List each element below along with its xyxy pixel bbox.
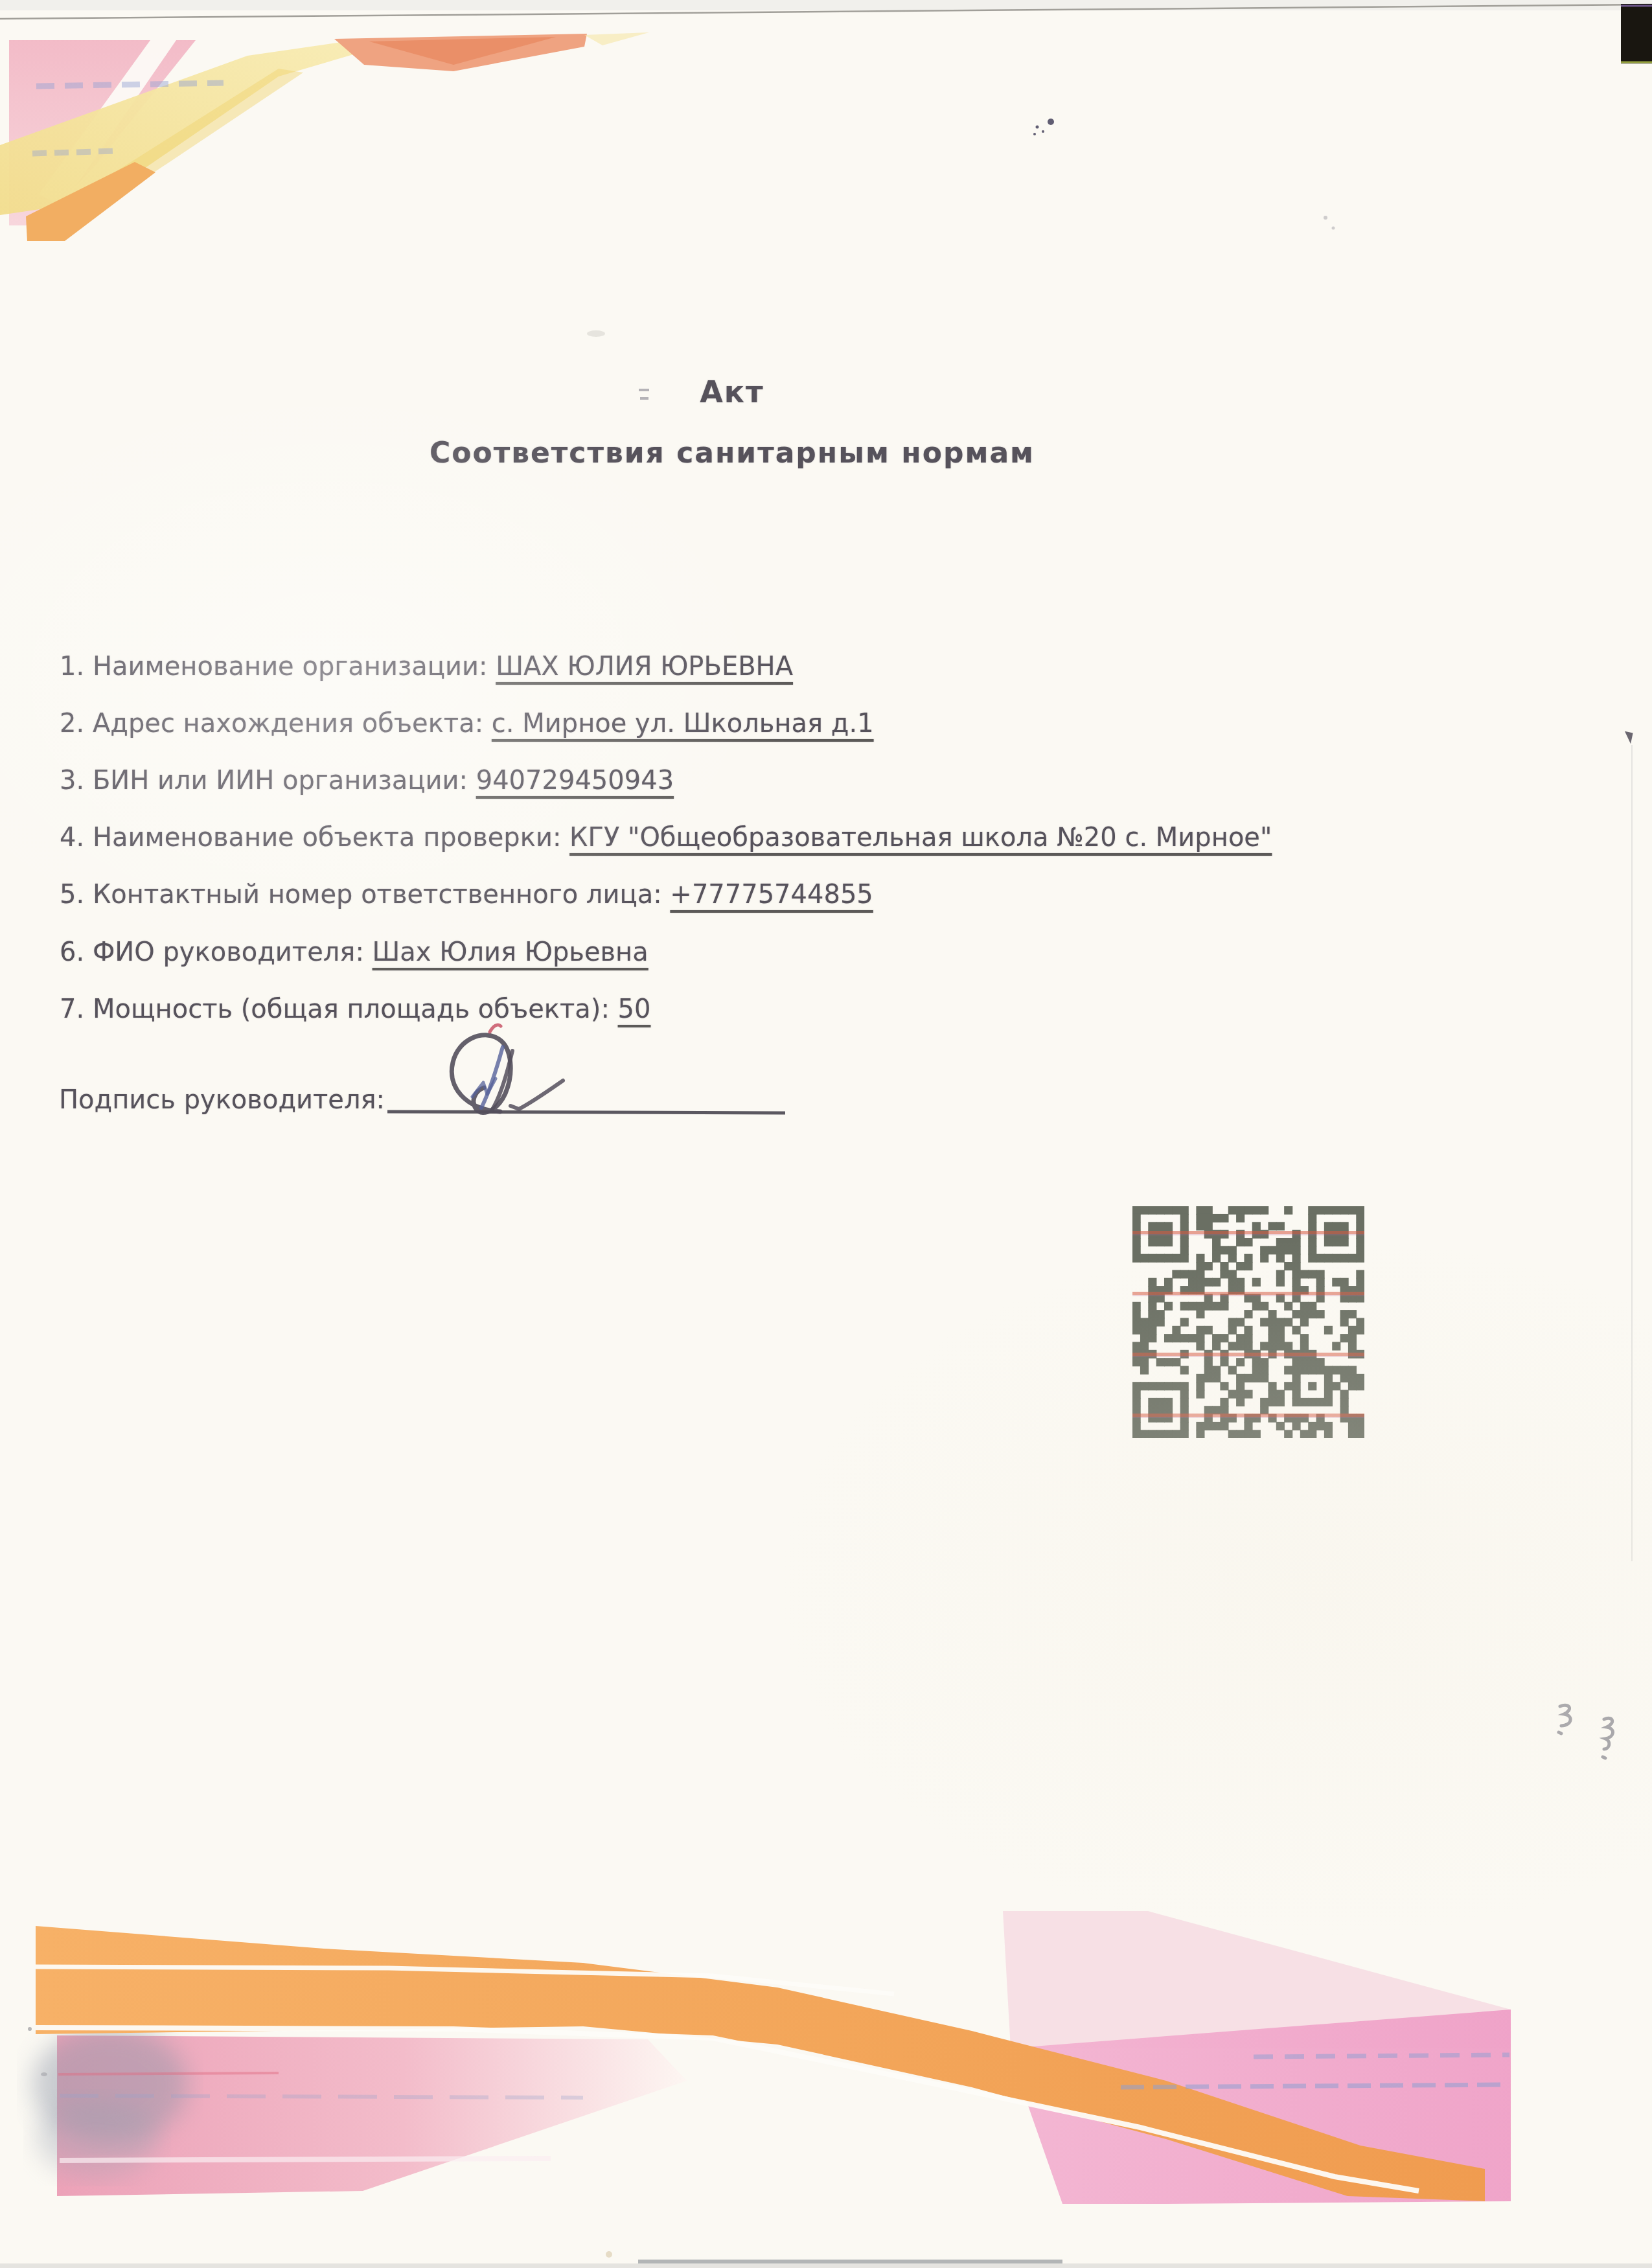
gray-smudge	[36, 2098, 159, 2178]
orange-streak-shape	[26, 162, 155, 241]
scan-corner-black-block	[1621, 4, 1652, 63]
ink-specks	[1033, 119, 1054, 135]
item-value: +77775744855	[670, 880, 873, 910]
item-number: 4.	[60, 823, 84, 853]
item-label: Наименование организации:	[93, 652, 488, 682]
pink-wedge-shape	[1008, 2010, 1511, 2204]
scan-streak	[32, 151, 117, 154]
item-number: 2.	[60, 709, 84, 739]
white-line	[36, 1967, 894, 1994]
item-value: с. Мирное ул. Школьная д.1	[492, 709, 874, 739]
document-item: 6. ФИО руководителя: Шах Юлия Юрьевна	[60, 933, 648, 972]
item-label: Наименование объекта проверки:	[93, 823, 561, 853]
item-value: КГУ "Общеобразовательная школа №20 с. Ми…	[569, 823, 1272, 853]
item-number: 1.	[60, 652, 84, 682]
top-ribbon-decoration	[0, 0, 1652, 363]
item-label: Контактный номер ответственного лица:	[93, 880, 662, 910]
document-item: 4. Наименование объекта проверки: КГУ "О…	[60, 818, 1272, 857]
document-item: 3. БИН или ИИН организации: 940729450943	[60, 761, 674, 800]
pencil-squiggle-marks	[1542, 1697, 1646, 1775]
signature-line	[387, 1112, 785, 1113]
item-label: ФИО руководителя:	[93, 937, 364, 967]
left-pink-field	[57, 2035, 687, 2196]
item-value: 940729450943	[476, 766, 674, 796]
item-label: БИН или ИИН организации:	[93, 766, 468, 796]
document-item: 2. Адрес нахождения объекта: с. Мирное у…	[60, 704, 874, 743]
qr-code	[1132, 1206, 1364, 1438]
speck	[606, 2251, 612, 2258]
scan-crease-line	[1631, 745, 1633, 1561]
scan-streak	[60, 2096, 583, 2098]
light-streak	[60, 2159, 551, 2160]
scan-streak	[1121, 2085, 1509, 2087]
item-value: ШАХ ЮЛИЯ ЮРЬЕВНА	[496, 652, 793, 682]
signature-area	[363, 1011, 816, 1166]
bottom-ribbon-decoration	[0, 1911, 1652, 2268]
item-value: Шах Юлия Юрьевна	[373, 937, 648, 967]
scan-top-strip	[0, 0, 1652, 10]
item-number: 3.	[60, 766, 84, 796]
document-item: 1. Наименование организации: ШАХ ЮЛИЯ ЮР…	[60, 647, 793, 686]
scanned-document-page: Акт Соответствия санитарным нормам 1. На…	[0, 0, 1652, 2268]
item-number: 6.	[60, 937, 84, 967]
white-line	[36, 2028, 1419, 2191]
pink-triangle-shape	[9, 40, 196, 225]
gray-smudge	[32, 2026, 188, 2143]
signature-label: Подпись руководителя:	[59, 1081, 385, 1119]
yellow-spur	[584, 32, 649, 45]
item-number: 7.	[60, 994, 84, 1024]
speck	[28, 2027, 32, 2031]
document-item: 5. Контактный номер ответственного лица:…	[60, 875, 873, 914]
red-streak	[58, 2073, 279, 2074]
item-number: 5.	[60, 880, 84, 910]
faint-pink-band	[1003, 1911, 1511, 2048]
bottom-edge-strip	[638, 2260, 1062, 2268]
bottom-edge-strip	[0, 2263, 1652, 2268]
orange-ribbon-shape	[36, 1926, 1485, 2201]
faint-specks	[587, 216, 1335, 337]
salmon-band-shape	[334, 34, 587, 71]
item-label: Адрес нахождения объекта:	[93, 709, 483, 739]
handwritten-signature	[452, 1025, 563, 1113]
page-edge-line	[0, 5, 1652, 19]
pencil-triangle-mark	[1622, 731, 1633, 744]
document-title: Акт	[0, 374, 1464, 409]
scan-streak	[1254, 2055, 1509, 2057]
yellow-ribbon-shape	[0, 39, 389, 215]
speck	[41, 2072, 47, 2076]
white-slash	[39, 40, 176, 206]
document-subtitle: Соответствия санитарным нормам	[0, 437, 1464, 470]
yellow-ribbon-edge	[78, 69, 303, 206]
salmon-band-core	[369, 37, 556, 65]
scan-streak	[36, 83, 224, 86]
